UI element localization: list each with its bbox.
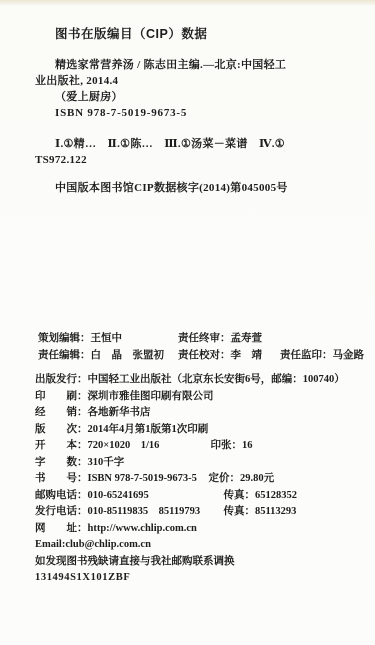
sheets-value: 16 bbox=[242, 440, 253, 451]
print-supervisor: 责任监印：马金路 bbox=[280, 347, 364, 364]
edition-label: 版 次： bbox=[35, 422, 88, 439]
proofreader-value: 李 靖 bbox=[231, 350, 263, 361]
edition-value: 2014年4月第1版第1次印刷 bbox=[88, 424, 209, 435]
responsible-editor-label: 责任编辑： bbox=[38, 350, 91, 361]
responsible-editor: 责任编辑：白 晶 张盟初 bbox=[38, 347, 178, 364]
publisher-value: 中国轻工业出版社（北京东长安街6号，邮编：100740） bbox=[88, 374, 345, 385]
cip-record-number: 中国版本图书馆CIP数据核字(2014)第045005号 bbox=[55, 180, 365, 196]
distribution-phone-label: 发行电话： bbox=[35, 504, 88, 521]
proofreader-label: 责任校对： bbox=[178, 350, 231, 361]
mail-order-phone-label: 邮购电话： bbox=[35, 488, 88, 505]
word-count-label: 字 数： bbox=[35, 455, 88, 472]
final-reviewer: 责任终审：孟寿萱 bbox=[178, 330, 262, 347]
editors-row-2: 责任编辑：白 晶 张盟初 责任校对：李 靖 责任监印：马金路 bbox=[38, 347, 368, 364]
proofreader: 责任校对：李 靖 bbox=[178, 347, 280, 364]
format-row: 开 本：720×1020 1/16印张：16 bbox=[35, 438, 370, 455]
cip-classification: Ⅰ.①精… Ⅱ.①陈… Ⅲ.①汤菜－菜谱 Ⅳ.① bbox=[55, 136, 365, 152]
distribution-fax-value: 85113293 bbox=[255, 506, 296, 517]
cip-section: 图书在版编目（CIP）数据 精选家常营养汤 / 陈志田主编.—北京:中国轻工 业… bbox=[35, 26, 365, 196]
planning-editor: 策划编辑：王恒中 bbox=[38, 330, 178, 347]
editors-section: 策划编辑：王恒中 责任终审：孟寿萱 责任编辑：白 晶 张盟初 责任校对：李 靖 … bbox=[38, 330, 368, 364]
mail-order-phone-value: 010-65241695 bbox=[88, 488, 224, 505]
book-number-row: 书 号：ISBN 978-7-5019-9673-5定价：29.80元 bbox=[35, 471, 370, 488]
cip-header: 图书在版编目（CIP）数据 bbox=[55, 26, 365, 42]
website-label: 网 址： bbox=[35, 521, 88, 538]
final-reviewer-label: 责任终审： bbox=[178, 333, 231, 344]
editors-row-1: 策划编辑：王恒中 责任终审：孟寿萱 bbox=[38, 330, 368, 347]
print-supervisor-value: 马金路 bbox=[333, 350, 365, 361]
distribution-fax-label: 传真： bbox=[224, 506, 256, 517]
cip-title-line1: 精选家常营养汤 / 陈志田主编.—北京:中国轻工 bbox=[55, 57, 365, 73]
sheets-label: 印张： bbox=[211, 440, 243, 451]
planning-editor-label: 策划编辑： bbox=[38, 333, 91, 344]
printer-value: 深圳市雅佳图印刷有限公司 bbox=[88, 391, 214, 402]
price-label: 定价： bbox=[209, 473, 241, 484]
printer-label: 印 刷： bbox=[35, 389, 88, 406]
planning-editor-value: 王恒中 bbox=[91, 333, 123, 344]
distributor-label: 经 销： bbox=[35, 405, 88, 422]
cip-isbn: ISBN 978-7-5019-9673-5 bbox=[55, 105, 365, 121]
exchange-notice: 如发现图书残缺请直接与我社邮购联系调换 bbox=[35, 554, 370, 571]
book-number-value: ISBN 978-7-5019-9673-5 bbox=[88, 471, 209, 488]
cip-series: （爱上厨房） bbox=[55, 89, 365, 105]
printer-row: 印 刷：深圳市雅佳图印刷有限公司 bbox=[35, 389, 370, 406]
distributor-row: 经 销：各地新华书店 bbox=[35, 405, 370, 422]
publisher-row: 出版发行：中国轻工业出版社（北京东长安街6号，邮编：100740） bbox=[35, 372, 370, 389]
format-value: 720×1020 1/16 bbox=[88, 438, 211, 455]
final-reviewer-value: 孟寿萱 bbox=[231, 333, 263, 344]
distribution-phone-row: 发行电话：010-85119835 85119793传真：85113293 bbox=[35, 504, 370, 521]
print-supervisor-label: 责任监印： bbox=[280, 350, 333, 361]
price-value: 29.80元 bbox=[240, 473, 274, 484]
format-label: 开 本： bbox=[35, 438, 88, 455]
email-line: Email:club@chlip.com.cn bbox=[35, 537, 370, 554]
publisher-label: 出版发行： bbox=[35, 372, 88, 389]
edition-row: 版 次：2014年4月第1版第1次印刷 bbox=[35, 422, 370, 439]
copyright-page: 图书在版编目（CIP）数据 精选家常营养汤 / 陈志田主编.—北京:中国轻工 业… bbox=[0, 0, 375, 645]
distributor-value: 各地新华书店 bbox=[88, 407, 151, 418]
mail-order-fax-value: 65128352 bbox=[255, 490, 297, 501]
publication-section: 出版发行：中国轻工业出版社（北京东长安街6号，邮编：100740） 印 刷：深圳… bbox=[35, 372, 370, 587]
responsible-editor-value: 白 晶 张盟初 bbox=[91, 350, 165, 361]
print-code: 131494S1X101ZBF bbox=[35, 570, 370, 587]
word-count-value: 310千字 bbox=[88, 457, 125, 468]
cip-class-code: TS972.122 bbox=[35, 152, 365, 168]
cip-title-line2: 业出版社, 2014.4 bbox=[35, 73, 365, 89]
distribution-phone-value: 010-85119835 85119793 bbox=[88, 504, 224, 521]
book-number-label: 书 号： bbox=[35, 471, 88, 488]
mail-order-phone-row: 邮购电话：010-65241695传真：65128352 bbox=[35, 488, 370, 505]
website-row: 网 址：http://www.chlip.com.cn bbox=[35, 521, 370, 538]
word-count-row: 字 数：310千字 bbox=[35, 455, 370, 472]
website-value: http://www.chlip.com.cn bbox=[88, 523, 197, 534]
mail-order-fax-label: 传真： bbox=[224, 490, 256, 501]
